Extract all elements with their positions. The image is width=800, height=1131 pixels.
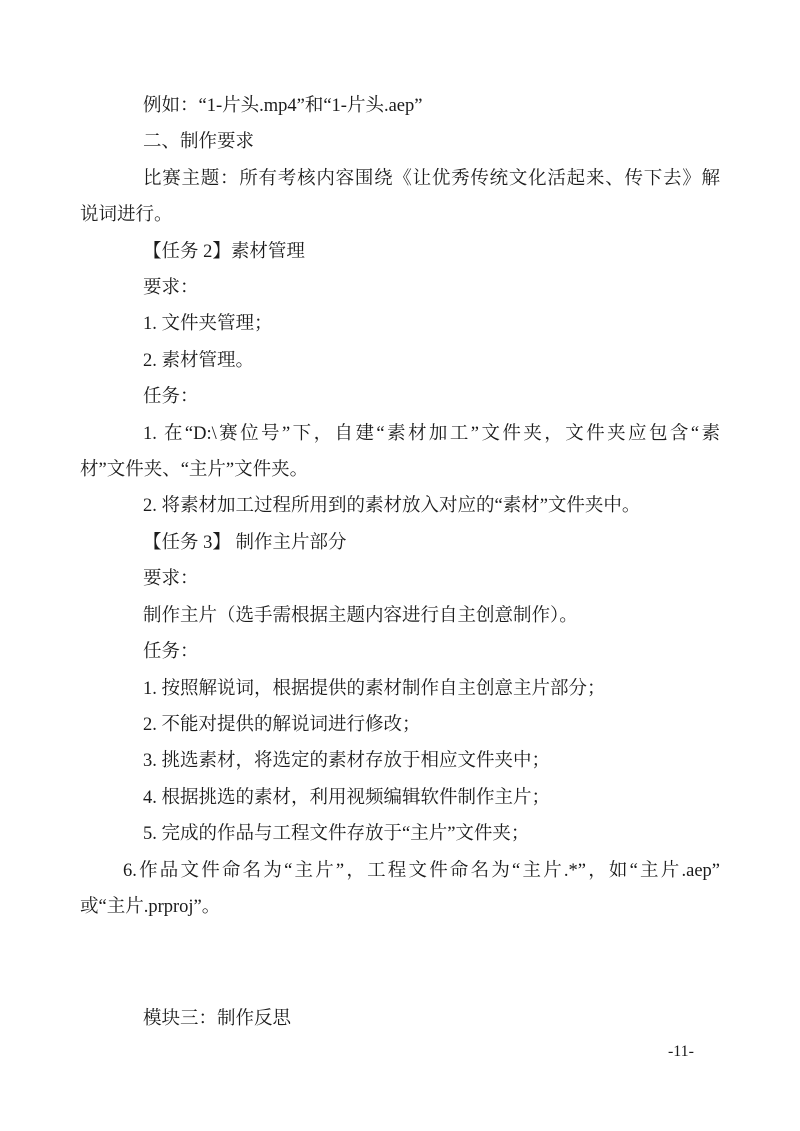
line-task2-req-2: 2. 素材管理。: [80, 343, 720, 379]
line-task3-item5: 5. 完成的作品与工程文件存放于“主片”文件夹；: [80, 816, 720, 852]
line-example-filenames: 例如：“1-片头.mp4”和“1-片头.aep”: [80, 88, 720, 124]
label-task2-tasks: 任务：: [80, 379, 720, 415]
heading-task-3: 【任务 3】 制作主片部分: [80, 525, 720, 561]
label-task3-tasks: 任务：: [80, 634, 720, 670]
line-task3-item4: 4. 根据挑选的素材，利用视频编辑软件制作主片；: [80, 780, 720, 816]
line-task3-requirement: 制作主片（选手需根据主题内容进行自主创意制作）。: [80, 598, 720, 634]
line-competition-theme-2: 说词进行。: [80, 197, 720, 233]
label-task2-requirements: 要求：: [80, 270, 720, 306]
line-task3-item3: 3. 挑选素材，将选定的素材存放于相应文件夹中；: [80, 743, 720, 779]
heading-task-2: 【任务 2】素材管理: [80, 234, 720, 270]
page-number: -11-: [668, 1044, 694, 1060]
document-page: 例如：“1-片头.mp4”和“1-片头.aep” 二、制作要求 比赛主题：所有考…: [0, 0, 800, 1131]
heading-module-3: 模块三：制作反思: [80, 1001, 720, 1037]
heading-production-requirements: 二、制作要求: [80, 124, 720, 160]
document-body: 例如：“1-片头.mp4”和“1-片头.aep” 二、制作要求 比赛主题：所有考…: [80, 88, 720, 1038]
line-task3-item6-part2: 或“主片.prproj”。: [80, 889, 720, 925]
line-task2-req-1: 1. 文件夹管理；: [80, 306, 720, 342]
label-task3-requirements: 要求：: [80, 561, 720, 597]
line-task2-item2: 2. 将素材加工过程所用到的素材放入对应的“素材”文件夹中。: [80, 488, 720, 524]
line-task2-item1-part1: 1. 在“D:\赛位号”下，自建“素材加工”文件夹，文件夹应包含“素: [80, 416, 720, 452]
line-task3-item2: 2. 不能对提供的解说词进行修改；: [80, 707, 720, 743]
line-task3-item1: 1. 按照解说词，根据提供的素材制作自主创意主片部分；: [80, 671, 720, 707]
line-task3-item6-part1: 6.作品文件命名为“主片”，工程文件命名为“主片.*”，如“主片.aep”: [80, 853, 720, 889]
line-task2-item1-part2: 材”文件夹、“主片”文件夹。: [80, 452, 720, 488]
line-competition-theme-1: 比赛主题：所有考核内容围绕《让优秀传统文化活起来、传下去》解: [80, 161, 720, 197]
